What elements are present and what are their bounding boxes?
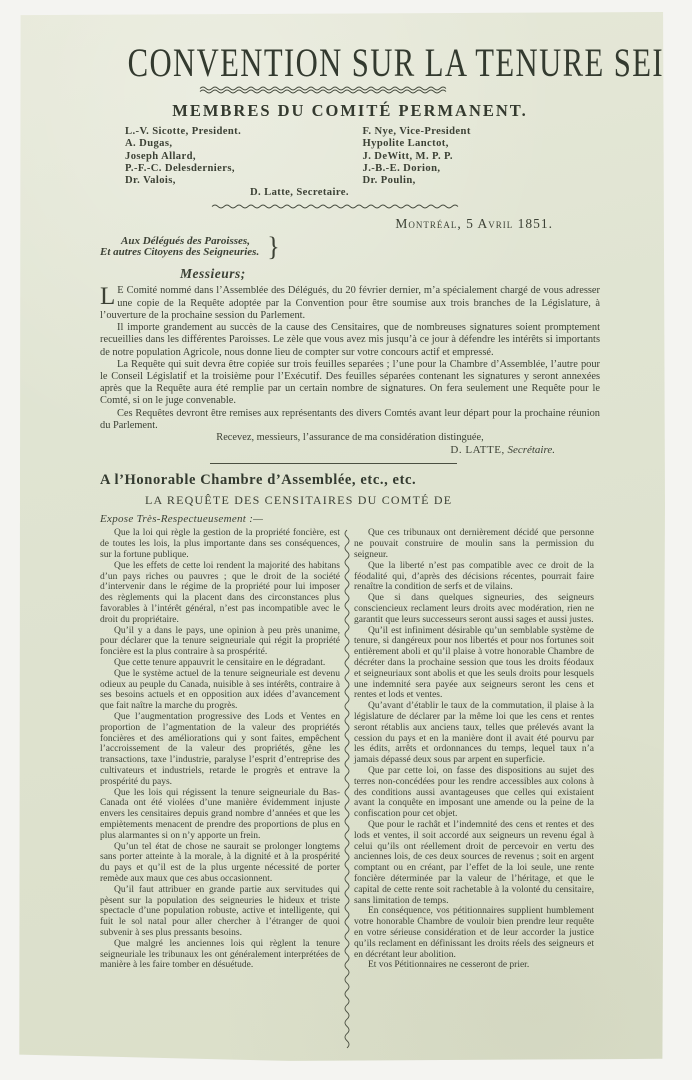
salutation: Messieurs;: [180, 266, 600, 282]
petition-paragraph: Que si dans quelques signeuries, des sei…: [354, 593, 594, 625]
member-name: Hypolite Lanctot,: [363, 138, 601, 150]
member-name: J.-B.-E. Dorion,: [363, 163, 601, 175]
wavy-column-rule-icon: [342, 528, 352, 1050]
petition-subheading: LA REQUÊTE DES CENSITAIRES DU COMTÉ DE: [145, 493, 600, 508]
member-name: J. DeWitt, M. P. P.: [363, 151, 601, 163]
members-right-column: F. Nye, Vice-President Hypolite Lanctot,…: [363, 126, 601, 187]
address-lines: Aux Délégués des Paroisses, Et autres Ci…: [100, 236, 259, 260]
petition-paragraph: Que par cette loi, on fasse des disposit…: [354, 766, 594, 820]
member-name: A. Dugas,: [125, 138, 363, 150]
petition-paragraph: Et vos Pétitionnaires ne cesseront de pr…: [354, 960, 594, 971]
dropcap-letter: L: [100, 285, 117, 307]
letter-paragraph-text: E Comité nommé dans l’Assemblée des Délé…: [100, 285, 600, 320]
petition-paragraph: Que pour le rachât et l’indemnité des ce…: [354, 820, 594, 906]
brace-icon: }: [267, 232, 279, 264]
dateline: Montréal, 5 Avril 1851.: [100, 216, 553, 232]
letter-paragraph: Ces Requêtes devront être remises aux re…: [100, 408, 600, 432]
petition-heading: A l’Honorable Chambre d’Assemblée, etc.,…: [100, 472, 600, 489]
document-page: CONVENTION SUR LA TENURE SEIGNEURIALE. M…: [18, 12, 665, 1063]
section-divider: [210, 463, 457, 464]
signature-role: Secrétaire.: [507, 444, 555, 456]
petition-paragraph: Que les effets de cette loi rendent la m…: [100, 561, 340, 626]
document-title: CONVENTION SUR LA TENURE SEIGNEURIALE.: [100, 46, 600, 83]
petition-columns: Que la loi qui règle la gestion de la pr…: [100, 528, 600, 1050]
petition-paragraph: Que malgré les anciennes lois qui règlen…: [100, 939, 340, 971]
signature-line: D. LATTE, Secrétaire.: [100, 444, 555, 456]
petition-paragraph: Que l’augmentation progressive des Lods …: [100, 712, 340, 788]
petition-paragraph: Qu’il faut attribuer en grande partie au…: [100, 885, 340, 939]
member-name: Dr. Poulin,: [363, 175, 601, 187]
petition-paragraph: Qu’un tel état de chose ne saurait se pr…: [100, 842, 340, 885]
document-title-text: CONVENTION SUR LA TENURE SEIGNEURIALE.: [128, 42, 692, 87]
wavy-rule-icon: [210, 202, 465, 210]
address-line: Et autres Citoyens des Seigneuries.: [100, 247, 259, 259]
address-block: Aux Délégués des Paroisses, Et autres Ci…: [100, 232, 600, 262]
petition-paragraph: Qu’il est infiniment désirable qu’un sem…: [354, 626, 594, 702]
petition-paragraph: Que la liberté n’est pas compatible avec…: [354, 561, 594, 593]
petition-paragraph: Que le système actuel de la tenure seign…: [100, 669, 340, 712]
petition-paragraph: Que ces tribunaux ont dernièrement décid…: [354, 528, 594, 560]
secretary-line: D. Latte, Secretaire.: [250, 187, 600, 198]
signature-name: D. LATTE,: [450, 444, 504, 456]
petition-paragraph: Que cette tenure appauvrit le censitaire…: [100, 658, 340, 669]
committee-heading: MEMBRES DU COMITÉ PERMANENT.: [100, 101, 600, 121]
petition-paragraph: Que les lois qui régissent la tenure sei…: [100, 788, 340, 842]
member-name: F. Nye, Vice-President: [363, 126, 601, 138]
member-name: L.-V. Sicotte, President.: [125, 126, 363, 138]
column-divider: [340, 528, 354, 1050]
letter-paragraph: Il importe grandement au succès de la ca…: [100, 322, 600, 359]
members-left-column: L.-V. Sicotte, President. A. Dugas, Jose…: [125, 126, 363, 187]
petition-left-column: Que la loi qui règle la gestion de la pr…: [100, 528, 340, 1050]
petition-paragraph: Que la loi qui règle la gestion de la pr…: [100, 528, 340, 560]
petition-paragraph: Qu’avant d’établir le taux de la commuta…: [354, 701, 594, 766]
letter-paragraph: LE Comité nommé dans l’Assemblée des Dél…: [100, 285, 600, 322]
member-name: P.-F.-C. Delesderniers,: [125, 163, 363, 175]
petition-paragraph: Qu’il y a dans le pays, une opinion à pe…: [100, 626, 340, 658]
petition-right-column: Que ces tribunaux ont dernièrement décid…: [354, 528, 594, 1050]
member-name: Dr. Valois,: [125, 175, 363, 187]
petition-paragraph: En conséquence, vos pétitionnaires suppl…: [354, 906, 594, 960]
petition-preamble: Expose Très-Respectueusement :—: [100, 513, 600, 525]
committee-members: L.-V. Sicotte, President. A. Dugas, Jose…: [125, 126, 600, 187]
member-name: Joseph Allard,: [125, 151, 363, 163]
closing-line: Recevez, messieurs, l’assurance de ma co…: [100, 432, 600, 443]
letter-paragraph: La Requête qui suit devra être copiée su…: [100, 359, 600, 408]
letter-body: LE Comité nommé dans l’Assemblée des Dél…: [100, 285, 600, 431]
